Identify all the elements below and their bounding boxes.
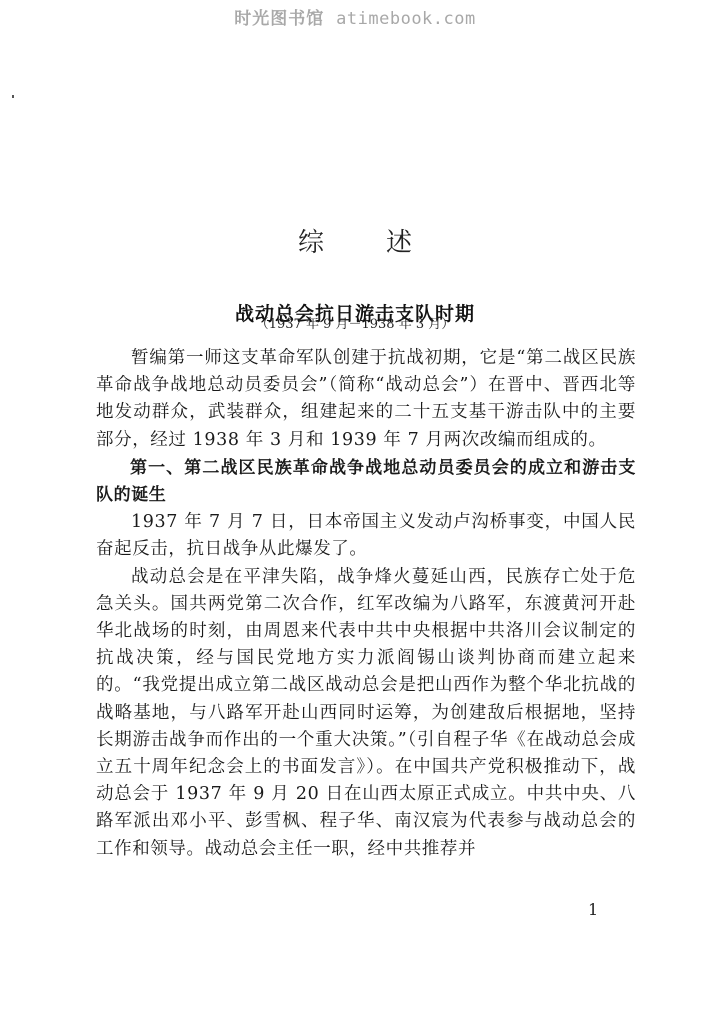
watermark: 时光图书馆 atimebook.com bbox=[0, 4, 710, 29]
section-date-range: （1937 年 9 月－1938 年 3 月） bbox=[0, 313, 710, 332]
chapter-title-char-1: 综 bbox=[298, 222, 324, 259]
subsection-heading: 第一、第二战区民族革命战争战地总动员委员会的成立和游击支队的诞生 bbox=[96, 455, 636, 509]
page-number: 1 bbox=[588, 900, 598, 919]
chapter-title: 综述 bbox=[0, 222, 710, 259]
body-text: 暂编第一师这支革命军队创建于抗战初期，它是“第二战区民族革命战争战地总动员委员会… bbox=[96, 345, 636, 863]
watermark-domain: atimebook.com bbox=[336, 9, 476, 29]
scan-speck bbox=[12, 95, 14, 98]
paragraph-marco-polo-bridge: 1937 年 7 月 7 日，日本帝国主义发动卢沟桥事变，中国人民奋起反击，抗日… bbox=[96, 509, 636, 563]
watermark-site-name: 时光图书馆 bbox=[234, 9, 324, 29]
paragraph-intro: 暂编第一师这支革命军队创建于抗战初期，它是“第二战区民族革命战争战地总动员委员会… bbox=[96, 345, 636, 454]
chapter-title-char-2: 述 bbox=[386, 222, 412, 259]
paragraph-zhandong-founding: 战动总会是在平津失陷，战争烽火蔓延山西，民族存亡处于危急关头。国共两党第二次合作… bbox=[96, 564, 636, 863]
